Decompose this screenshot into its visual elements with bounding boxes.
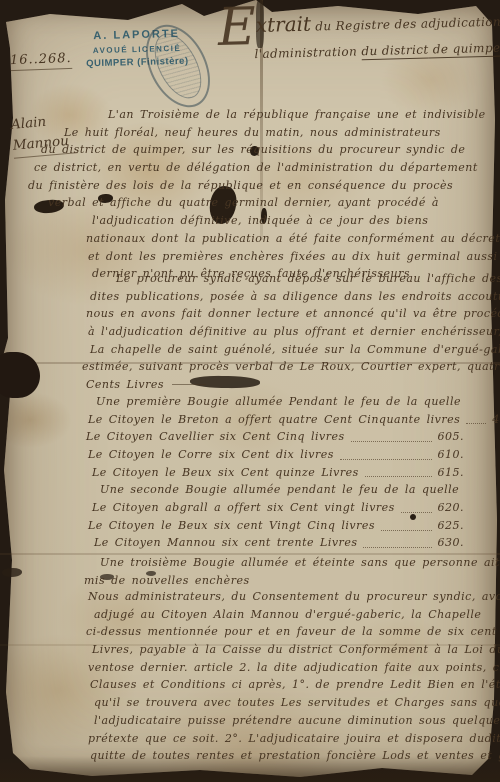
manuscript-line: ci-dessus mentionnée pour et en faveur d… (86, 623, 468, 641)
title-line2-underlined: du district (361, 43, 429, 61)
manuscript-line: du district de quimper, sur les réquisit… (41, 141, 468, 159)
manuscript-line: nationaux dont la publication a été fait… (86, 230, 468, 248)
manuscript-line: dites publications, posée à sa diligence… (90, 288, 468, 306)
manuscript-line: verbal et affiche du quatre germinal der… (48, 194, 468, 212)
title-initial: E (217, 0, 257, 58)
bid-amount: 450. (492, 411, 500, 429)
manuscript-line: L'an Troisième de la république français… (108, 106, 468, 124)
auction-bid-list: Une première Bougie allumée Pendant le f… (28, 393, 464, 590)
manuscript-photo: A. LAPORTE AVOUÉ LICENCIÉ QUIMPER (Finis… (0, 0, 500, 782)
manuscript-line: nous en avons fait donner lecture et ann… (86, 305, 468, 323)
title-line2-post: de quimper... (428, 40, 500, 58)
dotted-leader (381, 530, 431, 531)
dotted-leader (340, 459, 432, 460)
flourish-line (172, 384, 206, 385)
manuscript-line: adjugé au Citoyen Alain Mannou d'ergué-g… (94, 606, 468, 624)
document-title: Extrait du Registre des adjudications de… (217, 0, 500, 62)
bid-row: Le Citoyen Cavellier six Cent Cinq livre… (86, 428, 464, 446)
bid-row: Le Citoyen le Corre six Cent dix livres6… (88, 446, 464, 464)
bid-row: Le Citoyen le Breton a offert quatre Cen… (88, 411, 464, 429)
manuscript-line: estimée, suivant procès verbal de Le Rou… (82, 358, 468, 376)
bougie-line: Une troisième Bougie allumée et éteinte … (100, 554, 464, 572)
bid-text: Le Citoyen Cavellier six Cent Cinq livre… (86, 428, 345, 446)
manuscript-line: La chapelle de saint guénolé, située sur… (90, 341, 468, 359)
bid-row: Le Citoyen Mannou six cent trente Livres… (94, 535, 464, 553)
bid-row: Le Citoyen le Beux six Cent quinze Livre… (92, 464, 464, 482)
manuscript-line: et dont les premières enchères fixées au… (88, 248, 468, 266)
title-word: xtrait (255, 12, 311, 37)
manuscript-line: Cents Livres (86, 376, 468, 394)
bid-amount: 610. (438, 446, 465, 464)
bid-text: Le Citoyen le Beux six Cent quinze Livre… (92, 464, 359, 482)
dotted-leader (466, 423, 486, 424)
dotted-leader (365, 476, 432, 477)
manuscript-line: du finistère des lois de la république e… (28, 177, 468, 195)
bougie-line: Une seconde Bougie allumée pendant le fe… (100, 481, 464, 499)
dotted-leader (351, 441, 432, 442)
bid-amount: 625. (438, 517, 465, 535)
manuscript-line: Nous administrateurs, du Consentement du… (88, 588, 468, 606)
title-line2-pre: l'administration (254, 44, 361, 61)
dotted-leader (363, 547, 431, 548)
estimate-total: Cents Livres (86, 378, 164, 391)
manuscript-line: qu'il se trouvera avec toutes Les servit… (94, 694, 468, 712)
bid-row: Le Citoyen abgrall a offert six Cent vin… (92, 499, 464, 517)
bid-amount: 620. (438, 499, 465, 517)
manuscript-line: à l'adjudication définitive au plus offr… (88, 323, 468, 341)
manuscript-line: prétexte que ce soit. 2°. L'adjudicatair… (88, 730, 468, 748)
margin-ref-number: 16..268. (10, 51, 72, 71)
paragraph-opening: L'an Troisième de la république français… (28, 106, 468, 283)
manuscript-line: Clauses et Conditions ci après, 1°. de p… (90, 676, 468, 694)
bid-amount: 630. (438, 534, 465, 552)
paragraph-adjudication: Nous administrateurs, du Consentement du… (28, 588, 468, 765)
manuscript-line: l'adjudicataire puisse prétendre aucune … (94, 712, 468, 730)
manuscript-line: ce district, en vertu de délégation de l… (34, 159, 468, 177)
bottom-shadow (0, 756, 500, 782)
bid-text: Le Citoyen le Beux six cent Vingt Cinq l… (88, 517, 375, 535)
bid-text: Le Citoyen le Breton a offert quatre Cen… (88, 411, 460, 429)
bougie-line: mis de nouvelles enchères (84, 572, 464, 590)
bid-row: Le Citoyen le Beux six cent Vingt Cinq l… (88, 517, 464, 535)
bid-amount: 615. (438, 464, 465, 482)
title-rest: du Registre des adjudications de (311, 14, 500, 34)
bid-text: Le Citoyen abgrall a offert six Cent vin… (92, 499, 395, 517)
manuscript-line: Livres, payable à la Caisse du district … (92, 641, 468, 659)
dotted-leader (401, 512, 432, 513)
bid-text: Le Citoyen le Corre six Cent dix livres (88, 446, 334, 464)
manuscript-line: l'adjudication définitive, indiquée à ce… (92, 212, 468, 230)
manuscript-line: Le procureur syndic ayant déposé sur le … (116, 270, 468, 288)
manuscript-line: Le huit floréal, neuf heures du matin, n… (64, 124, 468, 142)
manuscript-line: ventose dernier. article 2. la dite adju… (88, 659, 468, 677)
bid-text: Le Citoyen Mannou six cent trente Livres (94, 534, 357, 552)
bid-amount: 605. (438, 428, 465, 446)
paragraph-publication: Le procureur syndic ayant déposé sur le … (28, 270, 468, 394)
bougie-line: Une première Bougie allumée Pendant le f… (96, 393, 464, 411)
